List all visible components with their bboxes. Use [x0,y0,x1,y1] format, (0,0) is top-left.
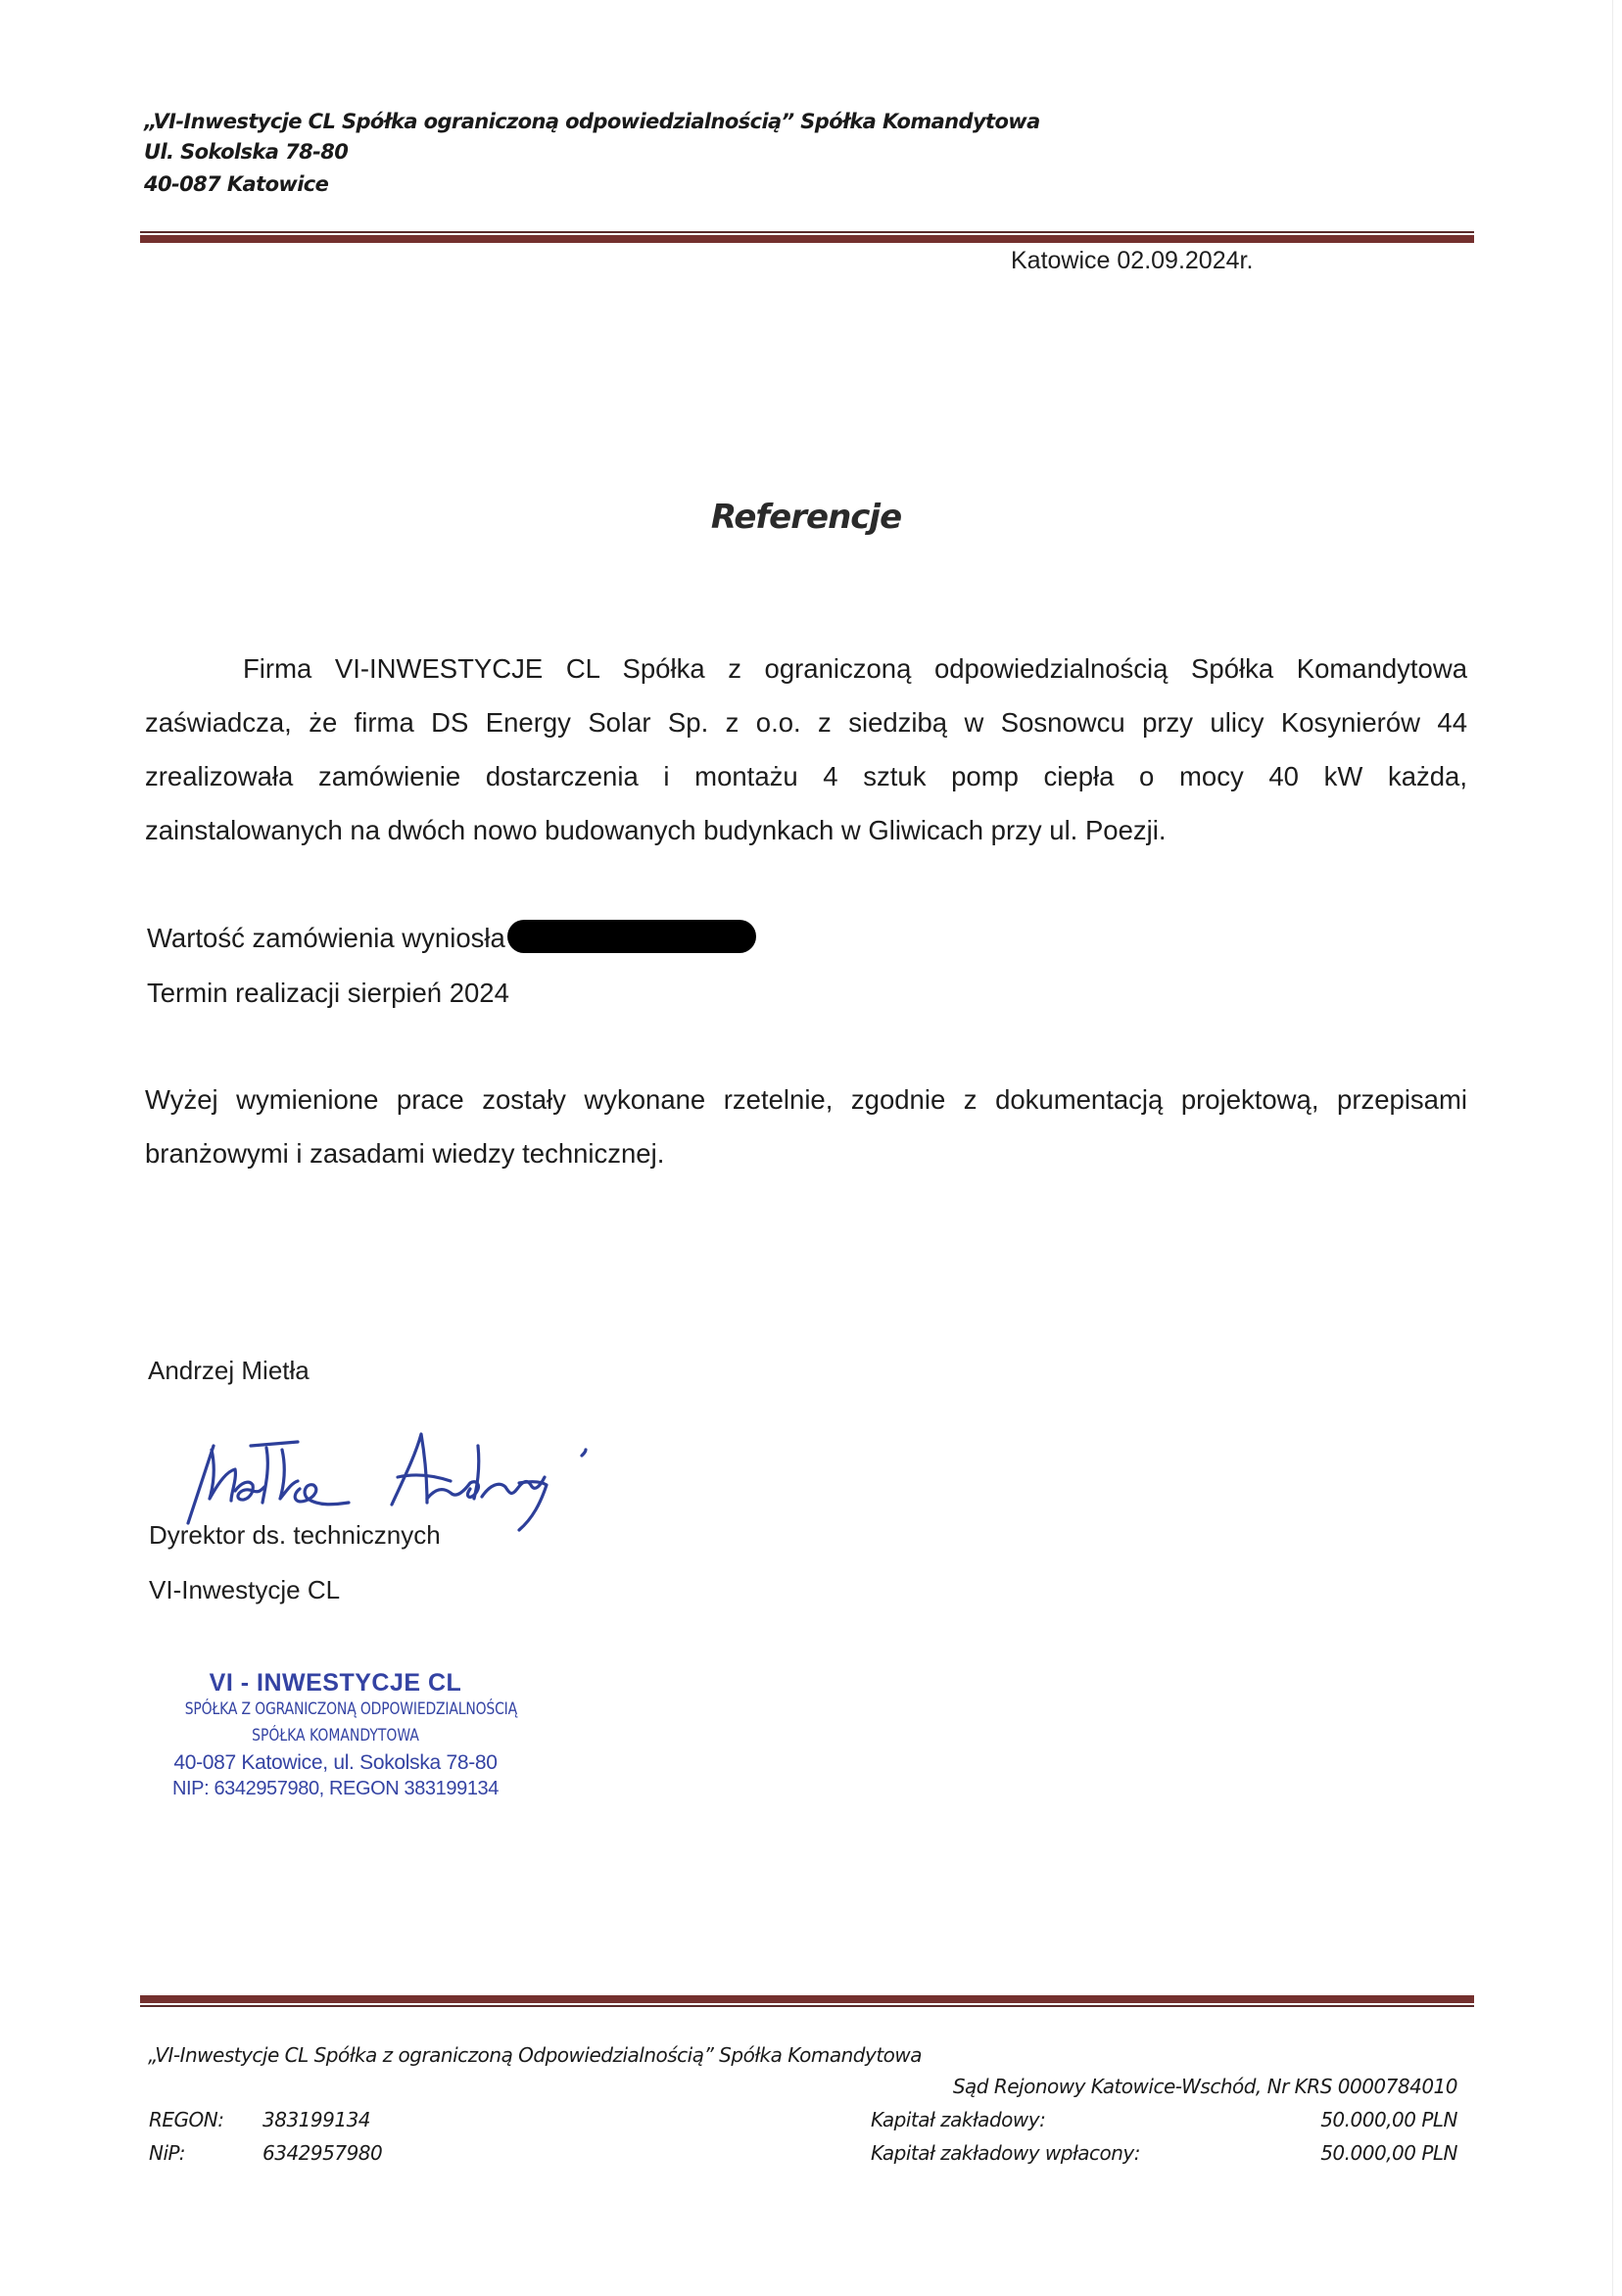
quality-paragraph: Wyżej wymienione prace zostały wykonane … [145,1073,1467,1180]
completion-term: Termin realizacji sierpień 2024 [147,966,509,1020]
footer-paid-capital-value: 50.000,00 PLN [1215,2143,1457,2163]
footer-divider [140,1995,1474,2008]
stamp-partnership-type: SPÓŁKA KOMANDYTOWA [185,1723,487,1749]
scan-edge-line [1612,0,1613,2296]
footer-share-capital-value: 50.000,00 PLN [1215,2110,1457,2129]
letterhead-street: Ul. Sokolska 78-80 [144,142,348,163]
paragraph-line: zrealizowała zamówienie dostarczenia i m… [145,749,1467,803]
footer-nip-label: NiP: [149,2143,185,2163]
letterhead-company: „VI-Inwestycje CL Spółka ograniczoną odp… [144,112,1040,132]
paragraph-line: zaświadcza, że firma DS Energy Solar Sp.… [145,695,1467,749]
paragraph-line: Wyżej wymienione prace zostały wykonane … [145,1073,1467,1126]
stamp-address: 40-087 Katowice, ul. Sokolska 78-80 [152,1749,519,1776]
footer-nip-value: 6342957980 [262,2143,382,2163]
footer-regon-value: 383199134 [262,2110,370,2129]
paragraph-line: zainstalowanych na dwóch nowo budowanych… [145,803,1467,857]
footer-court-registry: Sąd Rejonowy Katowice-Wschód, Nr KRS 000… [868,2077,1457,2096]
header-divider [140,231,1474,245]
letterhead-city: 40-087 Katowice [144,174,328,195]
footer-paid-capital-label: Kapitał zakładowy wpłacony: [871,2143,1140,2163]
document-date: Katowice 02.09.2024r. [1011,247,1253,275]
footer-regon-label: REGON: [149,2110,223,2129]
title-text: Referencje [711,498,901,537]
signatory-company: VI-Inwestycje CL [149,1575,340,1605]
stamp-tax-ids: NIP: 6342957980, REGON 383199134 [152,1776,519,1802]
stamp-company-name: VI - INWESTYCJE CL [152,1669,519,1697]
signatory-name: Andrzej Mietła [148,1356,310,1386]
paragraph-line: branżowymi i zasadami wiedzy technicznej… [145,1126,1467,1180]
document-title: Referencje [0,498,1622,537]
order-value-label: Wartość zamówienia wyniosła [147,923,505,953]
footer-company: „VI-Inwestycje CL Spółka z ograniczoną O… [148,2045,922,2065]
redaction-mark [507,920,756,953]
paragraph-line: Firma VI-INWESTYCJE CL Spółka z ogranicz… [145,642,1467,695]
order-value-line: Wartość zamówienia wyniosła [147,911,756,965]
stamp-legal-form: SPÓŁKA Z OGRANICZONĄ ODPOWIEDZIALNOŚCIĄ [185,1697,487,1723]
footer-share-capital-label: Kapitał zakładowy: [871,2110,1045,2129]
reference-paragraph: Firma VI-INWESTYCJE CL Spółka z ogranicz… [145,642,1467,857]
company-stamp: VI - INWESTYCJE CL SPÓŁKA Z OGRANICZONĄ … [152,1669,519,1802]
signatory-role: Dyrektor ds. technicznych [149,1520,441,1551]
